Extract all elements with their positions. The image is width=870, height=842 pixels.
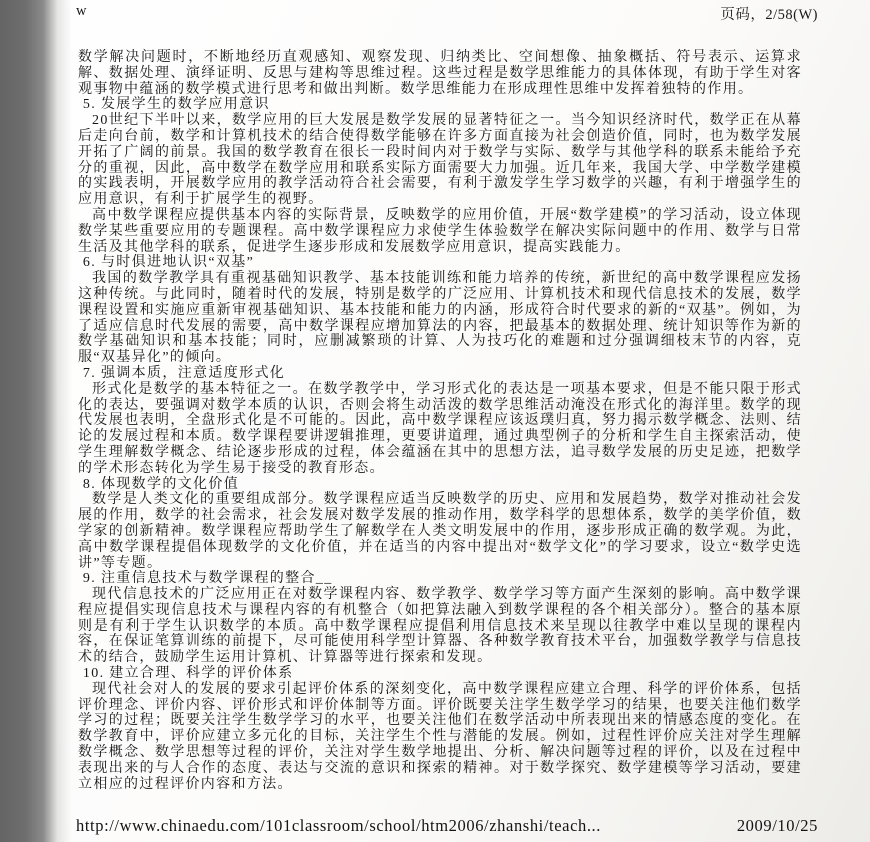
header-watermark: w <box>76 3 86 24</box>
paragraph: 20世纪下半叶以来，数学应用的巨大发展是数学发展的显著特征之一。当今知识经济时代… <box>78 113 802 208</box>
paragraph: 现代信息技术的广泛应用正在对数学课程内容、数学教学、数学学习等方面产生深刻的影响… <box>78 587 802 666</box>
document-body: 数学解决问题时，不断地经历直观感知、观察发现、归纳类比、空间想像、抽象概括、符号… <box>78 50 802 792</box>
paragraph: 形式化是数学的基本特征之一。在数学教学中，学习形式化的表达是一项基本要求，但是不… <box>78 382 802 477</box>
section-heading-10: 10. 建立合理、科学的评价体系 <box>78 666 802 682</box>
page-header: w 页码，2/58(W) <box>76 3 818 24</box>
paragraph: 数学解决问题时，不断地经历直观感知、观察发现、归纳类比、空间想像、抽象概括、符号… <box>78 50 802 97</box>
section-heading-6: 6. 与时俱进地认识“双基” <box>78 255 802 271</box>
paragraph: 现代社会对人的发展的要求引起评价体系的深刻变化，高中数学课程应建立合理、科学的评… <box>78 682 802 793</box>
scan-shadow-left <box>0 0 72 842</box>
page-footer: http://www.chinaedu.com/101classroom/sch… <box>76 816 818 836</box>
section-heading-5: 5. 发展学生的数学应用意识 <box>78 97 802 113</box>
section-heading-8: 8. 体现数学的文化价值 <box>78 477 802 493</box>
source-url: http://www.chinaedu.com/101classroom/sch… <box>76 816 601 836</box>
footer-date: 2009/10/25 <box>737 816 818 836</box>
scanned-document-page: w 页码，2/58(W) 数学解决问题时，不断地经历直观感知、观察发现、归纳类比… <box>0 0 870 842</box>
page-number-indicator: 页码，2/58(W) <box>720 3 818 24</box>
paragraph: 数学是人类文化的重要组成部分。数学课程应适当反映数学的历史、应用和发展趋势，数学… <box>78 492 802 571</box>
paragraph: 我国的数学教学具有重视基础知识教学、基本技能训练和能力培养的传统，新世纪的高中数… <box>78 271 802 366</box>
paragraph: 高中数学课程应提供基本内容的实际背景，反映数学的应用价值，开展“数学建模”的学习… <box>78 208 802 255</box>
section-heading-7: 7. 强调本质，注意适度形式化 <box>78 366 802 382</box>
section-heading-9: 9. 注重信息技术与数学课程的整合__ <box>78 571 802 587</box>
